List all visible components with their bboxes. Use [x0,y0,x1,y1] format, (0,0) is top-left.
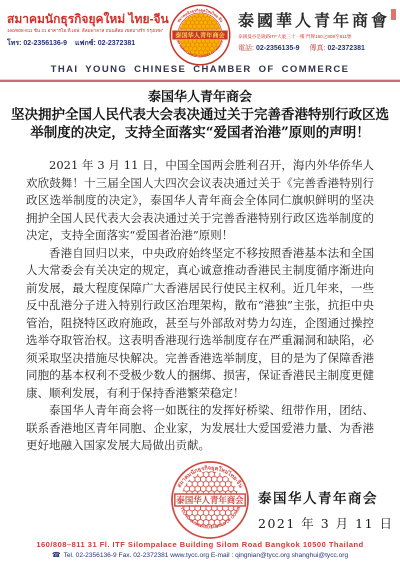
letter-page: สมาคมนักธุรกิจยุคใหม่ ไทย-จีน 160/808-81… [0,0,400,564]
footer-contact-text: Tel. 02-2356136-9 Fax. 02-2372381 www.ty… [64,552,349,559]
letter-footer: 160/808–811 31 Fl. ITF Silompalace Build… [0,540,400,560]
thai-org-name: สมาคมนักธุรกิจยุคใหม่ ไทย-จีน [7,12,163,26]
thai-phone: โทร: 02-2356136-9 [7,40,67,47]
chamber-logo: สมาคมนักธุรกิจยุคใหม่ไทย-จีน THAI YOUNG … [169,4,231,66]
paragraph-3: 泰国华人青年商会将一如既往的发挥好桥梁、纽带作用，团结、联系香港地区青年同胞、企… [26,402,374,455]
thai-fax: แฟกซ์: 02-2372381 [75,40,135,47]
signature-text: 泰国华人青年商会 2021 年 3 月 11 日 [258,487,394,532]
chinese-phone-label: 電話: [238,45,254,52]
paragraph-1: 2021 年 3 月 11 日，中国全国两会胜利召开，海内外华侨华人欢欣鼓舞！十… [26,157,374,245]
letterhead-chinese-block: 泰國華人青年商會 泰國曼谷是隆路ITF大廈三十一樓 門牌160之808至811號… [238,8,396,53]
phone-icon: ☎ [52,552,61,559]
chinese-phone-number: 02-2356135-9 [256,45,300,52]
header-divider [0,79,400,82]
logo-banner-text: 泰国华人青年商会 [174,31,225,39]
letterhead: สมาคมนักธุรกิจยุคใหม่ ไทย-จีน 160/808-81… [0,0,400,79]
signature-org-name: 泰国华人青年商会 [258,487,394,507]
title-line-3: 举制度的决定，支持全面落实“爱国者治港”原则的声明！ [0,124,400,142]
letter-body: 2021 年 3 月 11 日，中国全国两会胜利召开，海内外华侨华人欢欣鼓舞！十… [26,157,374,455]
signature-date: 2021 年 3 月 11 日 [258,514,394,532]
thai-phone-line: โทร: 02-2356136-9แฟกซ์: 02-2372381 [7,38,163,49]
calligraphy-seal-icon [391,9,396,20]
letterhead-thai-block: สมาคมนักธุรกิจยุคใหม่ ไทย-จีน 160/808-81… [7,12,163,49]
seal-banner-text: 泰国华人青年商会 [176,495,244,505]
footer-address: 160/808–811 31 Fl. ITF Silompalace Build… [0,540,400,549]
thai-address: 160/808-811 ชั้น 31 อาคารไอ.ที.เอฟ. สีลม… [7,28,163,35]
document-title: 泰国华人青年商会 坚决拥护全国人民代表大会表决通过关于完善香港特别行政区选 举制… [0,89,400,142]
paragraph-2: 香港自回归以来，中央政府始终坚定不移按照香港基本法和全国人大常委会有关决定的规定… [26,245,374,403]
english-org-name: THAI YOUNG CHINESE CHAMBER OF COMMERCE [0,64,400,75]
chinese-fax-label: 傳真: [310,45,326,52]
title-org-line: 泰国华人青年商会 [0,89,400,106]
red-seal-stamp-icon: สมาคมนักธุรกิจยุคใหม่ไทย-จีน THAI YOUNG … [170,460,250,540]
chinese-address: 泰國曼谷是隆路ITF大廈三十一樓 門牌160之808至811號 [238,34,396,40]
footer-contact-line: ☎Tel. 02-2356136-9 Fax. 02-2372381 www.t… [0,551,400,559]
title-line-2: 坚决拥护全国人民代表大会表决通过关于完善香港特别行政区选 [0,106,400,124]
chinese-org-name-text: 泰國華人青年商會 [238,11,390,30]
chinese-phone-line: 電話:02-2356135-9傳真:02-2372381 [238,43,396,53]
chinese-fax-number: 02-2372381 [328,45,365,52]
chamber-logo-icon: สมาคมนักธุรกิจยุคใหม่ไทย-จีน THAI YOUNG … [169,4,231,66]
signature-block: สมาคมนักธุรกิจยุคใหม่ไทย-จีน THAI YOUNG … [0,457,400,543]
chinese-org-name: 泰國華人青年商會 [238,8,396,31]
